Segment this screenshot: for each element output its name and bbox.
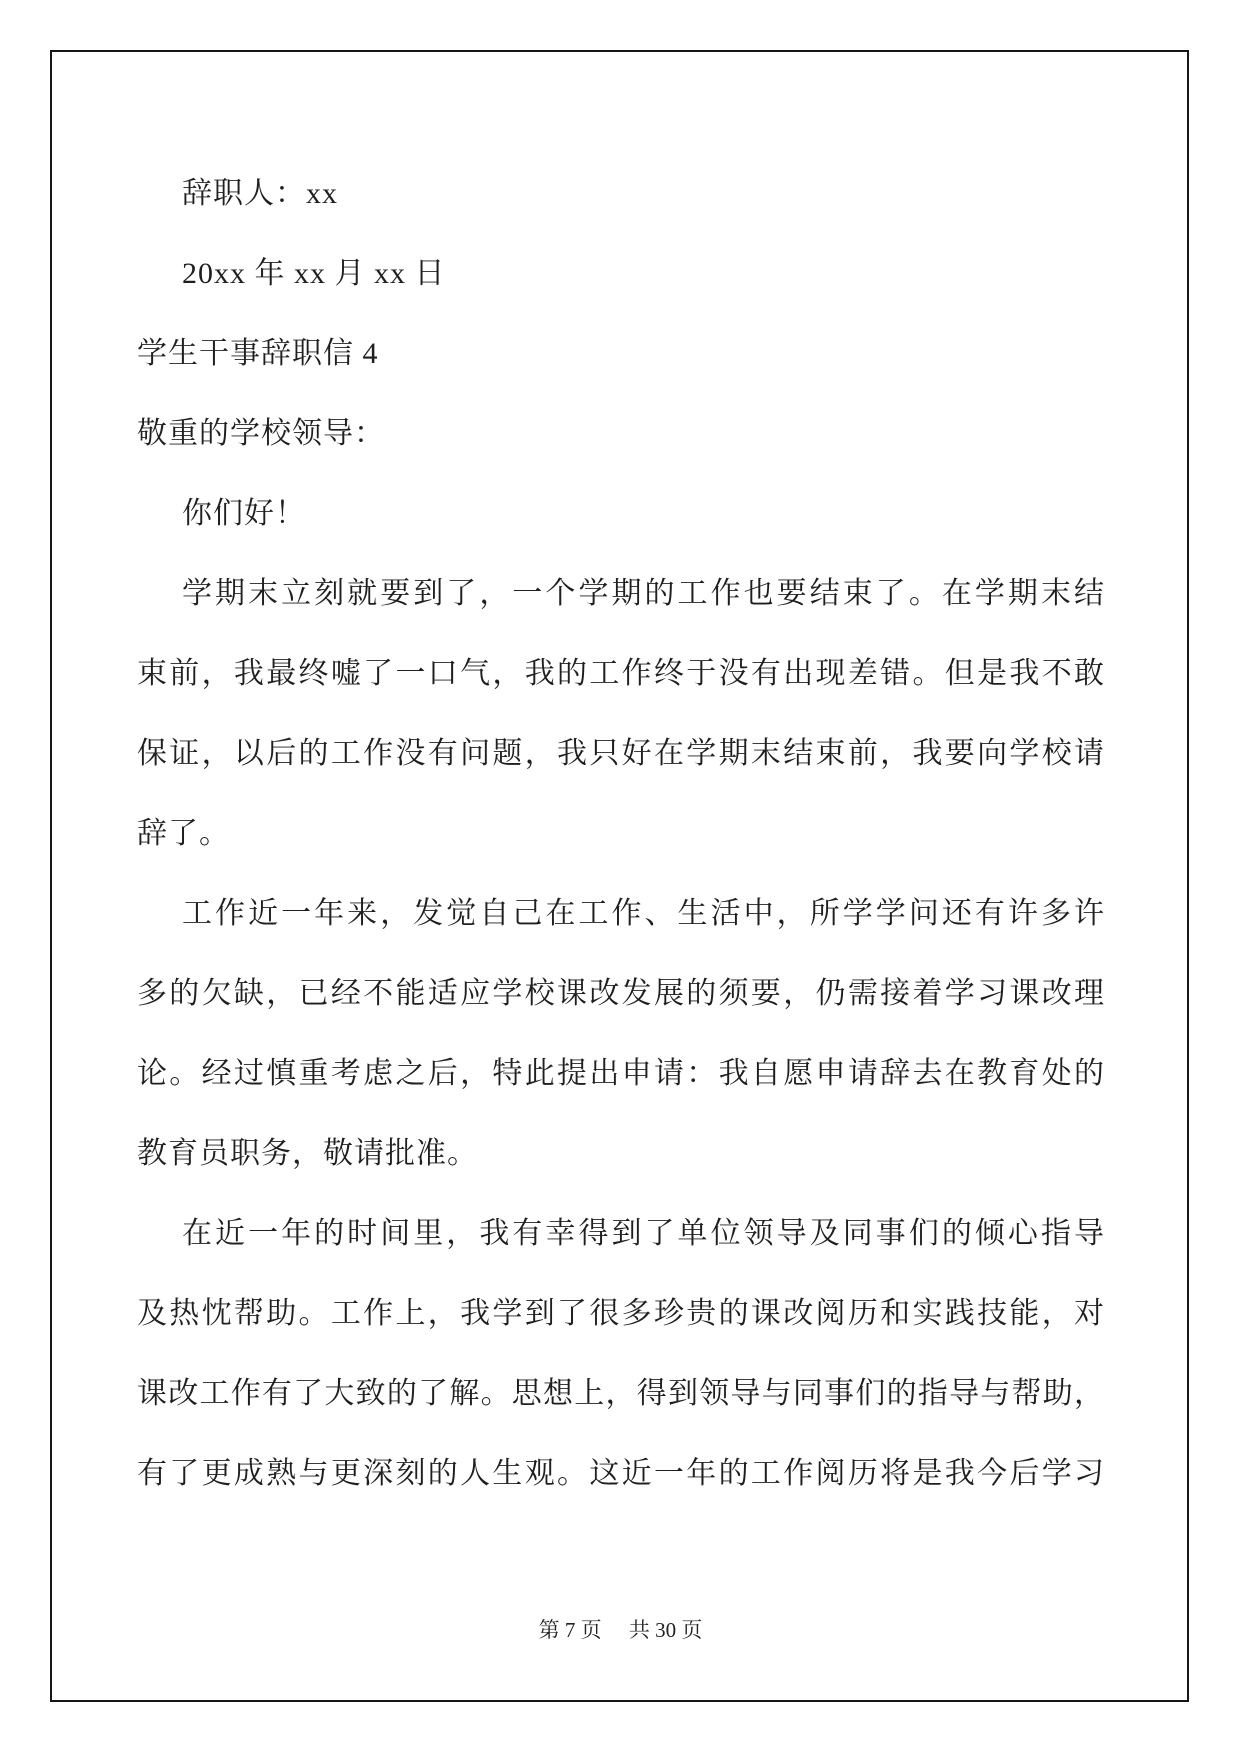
document-page: 辞职人：xx20xx 年 xx 月 xx 日学生干事辞职信 4敬重的学校领导：你…: [0, 0, 1241, 1754]
text-line: 辞职人：xx: [137, 154, 1105, 234]
text-line: 多的欠缺，已经不能适应学校课改发展的须要，仍需接着学习课改理: [137, 954, 1105, 1034]
text-line: 有了更成熟与更深刻的人生观。这近一年的工作阅历将是我今后学习: [137, 1434, 1105, 1514]
text-line: 论。经过慎重考虑之后，特此提出申请：我自愿申请辞去在教育处的: [137, 1034, 1105, 1114]
text-line: 束前，我最终嘘了一口气，我的工作终于没有出现差错。但是我不敢: [137, 634, 1105, 714]
page-footer: 第 7 页 共 30 页: [0, 1614, 1241, 1644]
text-line: 教育员职务，敬请批准。: [137, 1114, 1105, 1194]
text-line: 课改工作有了大致的了解。思想上，得到领导与同事们的指导与帮助，: [137, 1354, 1105, 1434]
text-line: 学生干事辞职信 4: [137, 314, 1105, 394]
page-number-current: 第 7 页: [539, 1618, 602, 1642]
text-line: 保证，以后的工作没有问题，我只好在学期末结束前，我要向学校请: [137, 714, 1105, 794]
text-line: 学期末立刻就要到了，一个学期的工作也要结束了。在学期末结: [137, 554, 1105, 634]
text-line: 你们好！: [137, 474, 1105, 554]
text-line: 辞了。: [137, 794, 1105, 874]
document-content: 辞职人：xx20xx 年 xx 月 xx 日学生干事辞职信 4敬重的学校领导：你…: [137, 154, 1105, 1514]
page-number-total: 共 30 页: [629, 1618, 703, 1642]
text-line: 工作近一年来，发觉自己在工作、生活中，所学学问还有许多许: [137, 874, 1105, 954]
text-line: 20xx 年 xx 月 xx 日: [137, 234, 1105, 314]
text-line: 在近一年的时间里，我有幸得到了单位领导及同事们的倾心指导: [137, 1194, 1105, 1274]
text-line: 敬重的学校领导：: [137, 394, 1105, 474]
text-line: 及热忱帮助。工作上，我学到了很多珍贵的课改阅历和实践技能，对: [137, 1274, 1105, 1354]
